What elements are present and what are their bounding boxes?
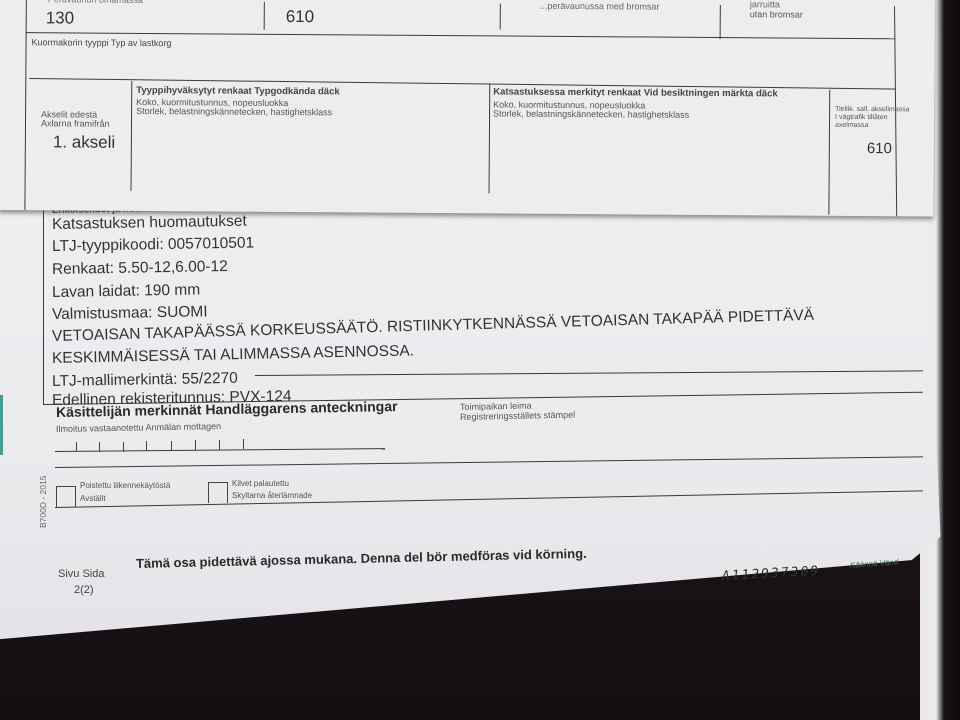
checkbox-deregistered-label-sv: Avställt [80,495,106,503]
inspection-tires-sub-sv: Storlek, belastningskännetecken, hastigh… [493,108,689,119]
remark-line: Lavan laidat: 190 mm [52,281,200,302]
axle-mass-label-3: axelmassa [835,122,869,130]
type-approved-tires-sub-sv: Storlek, belastningskännetecken, hastigh… [136,106,332,117]
axle-mass-value: 610 [867,140,892,157]
checkbox-deregistered[interactable] [56,486,76,507]
page-label: Sivu Sida [58,568,104,580]
inspection-tires-title: Katsastuksessa merkityt renkaat Vid besi… [493,86,778,99]
axle-1: 1. akseli [53,132,116,152]
form-code: B700D - 2015 [38,476,48,528]
axles-header-sv: Axlarna framifrån [41,118,110,128]
braked-label: ...perävaunussa med bromsar [540,1,660,12]
checkbox-deregistered-label-fi: Poistettu liikennekäytöstä [80,482,170,490]
remark-line: Katsastuksen huomautukset [52,213,247,234]
checkbox-plates-label-fi: Kilvet palautettu [232,480,289,488]
own-mass-label: Perävaunun omamassa [48,0,143,5]
document-page-upper: Perävaunun omamassa 130 610 ...perävaunu… [0,0,935,217]
checkbox-plates-label-sv: Skyltarna återlämnade [232,492,312,500]
checkbox-plates-returned[interactable] [208,482,228,503]
towed-mass-value: 610 [286,7,315,27]
body-type-label: Kuormakorin tyyppi Typ av lastkorg [32,37,172,48]
unbraked-label-sv: utan bromsar [750,9,803,19]
unbraked-label-fi: jarruitta [750,0,780,9]
remark-line: Renkaat: 5.50-12,6.00-12 [52,258,228,279]
remark-line: Valmistusmaa: SUOMI [52,303,208,324]
remark-line: LTJ-mallimerkintä: 55/2270 [52,370,238,391]
remark-line: LTJ-tyyppikoodi: 0057010501 [52,234,255,256]
page-number: 2(2) [74,584,94,596]
teal-edge-strip [0,395,3,455]
type-approved-tires-title: Tyyppihyväksytyt renkaat Typgodkända däc… [136,85,340,97]
own-mass-value: 130 [46,8,75,28]
